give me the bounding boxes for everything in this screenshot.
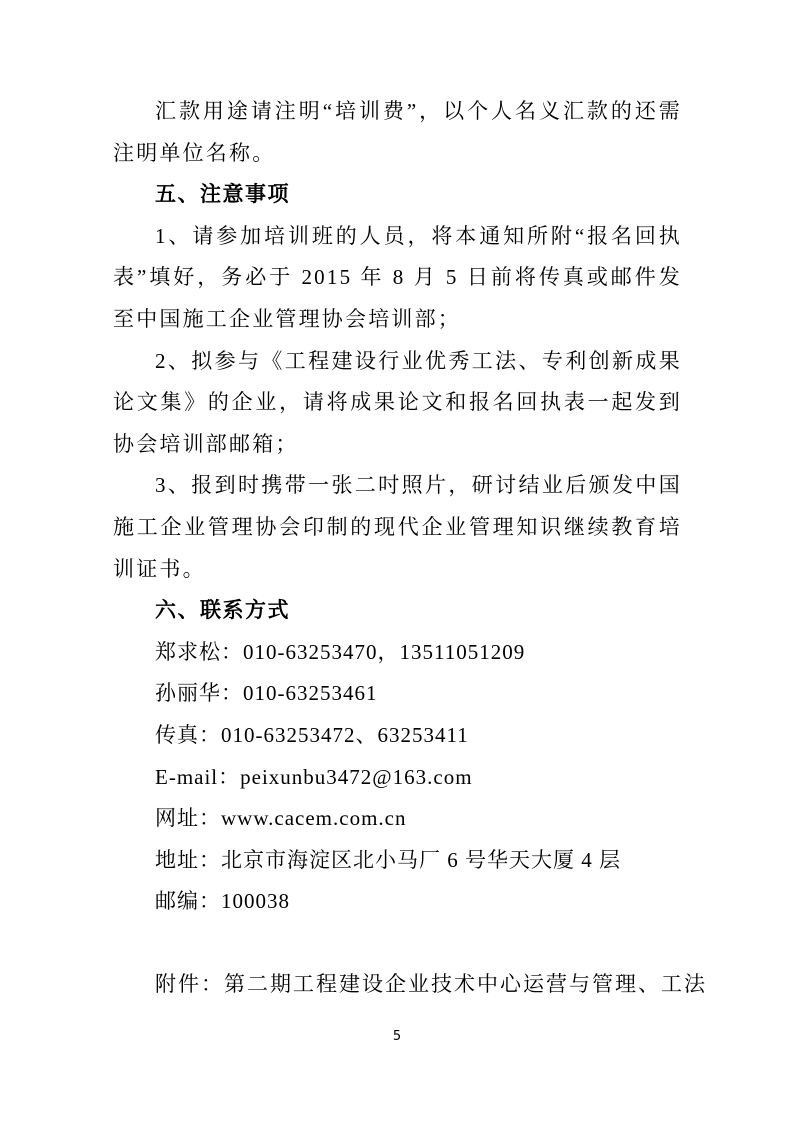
note-item-1: 1、请参加培训班的人员，将本通知所附“报名回执表”填好，务必于 2015 年 8… bbox=[113, 216, 682, 341]
document-page: 汇款用途请注明“培训费”，以个人名义汇款的还需注明单位名称。 五、注意事项 1、… bbox=[0, 0, 794, 1123]
remittance-note-paragraph: 汇款用途请注明“培训费”，以个人名义汇款的还需注明单位名称。 bbox=[113, 91, 682, 174]
note-item-2: 2、拟参与《工程建设行业优秀工法、专利创新成果论文集》的企业，请将成果论文和报名… bbox=[113, 341, 682, 466]
document-body: 汇款用途请注明“培训费”，以个人名义汇款的还需注明单位名称。 五、注意事项 1、… bbox=[113, 91, 682, 1006]
contact-line-postcode: 邮编：100038 bbox=[113, 881, 682, 923]
contact-line-sun-lihua: 孙丽华：010-63253461 bbox=[113, 673, 682, 715]
contact-line-address: 地址：北京市海淀区北小马厂 6 号华天大厦 4 层 bbox=[113, 840, 682, 882]
contact-line-email: E-mail：peixunbu3472@163.com bbox=[113, 757, 682, 799]
section-heading-notes: 五、注意事项 bbox=[113, 174, 682, 216]
contact-line-fax: 传真：010-63253472、63253411 bbox=[113, 715, 682, 757]
contact-line-zheng-qiusong: 郑求松：010-63253470，13511051209 bbox=[113, 632, 682, 674]
note-item-3: 3、报到时携带一张二吋照片，研讨结业后颁发中国施工企业管理协会印制的现代企业管理… bbox=[113, 465, 682, 590]
contact-line-website: 网址：www.cacem.com.cn bbox=[113, 798, 682, 840]
attachment-line: 附件：第二期工程建设企业技术中心运营与管理、工法 bbox=[113, 964, 682, 1006]
section-heading-contact: 六、联系方式 bbox=[113, 590, 682, 632]
page-number: 5 bbox=[0, 1029, 794, 1044]
